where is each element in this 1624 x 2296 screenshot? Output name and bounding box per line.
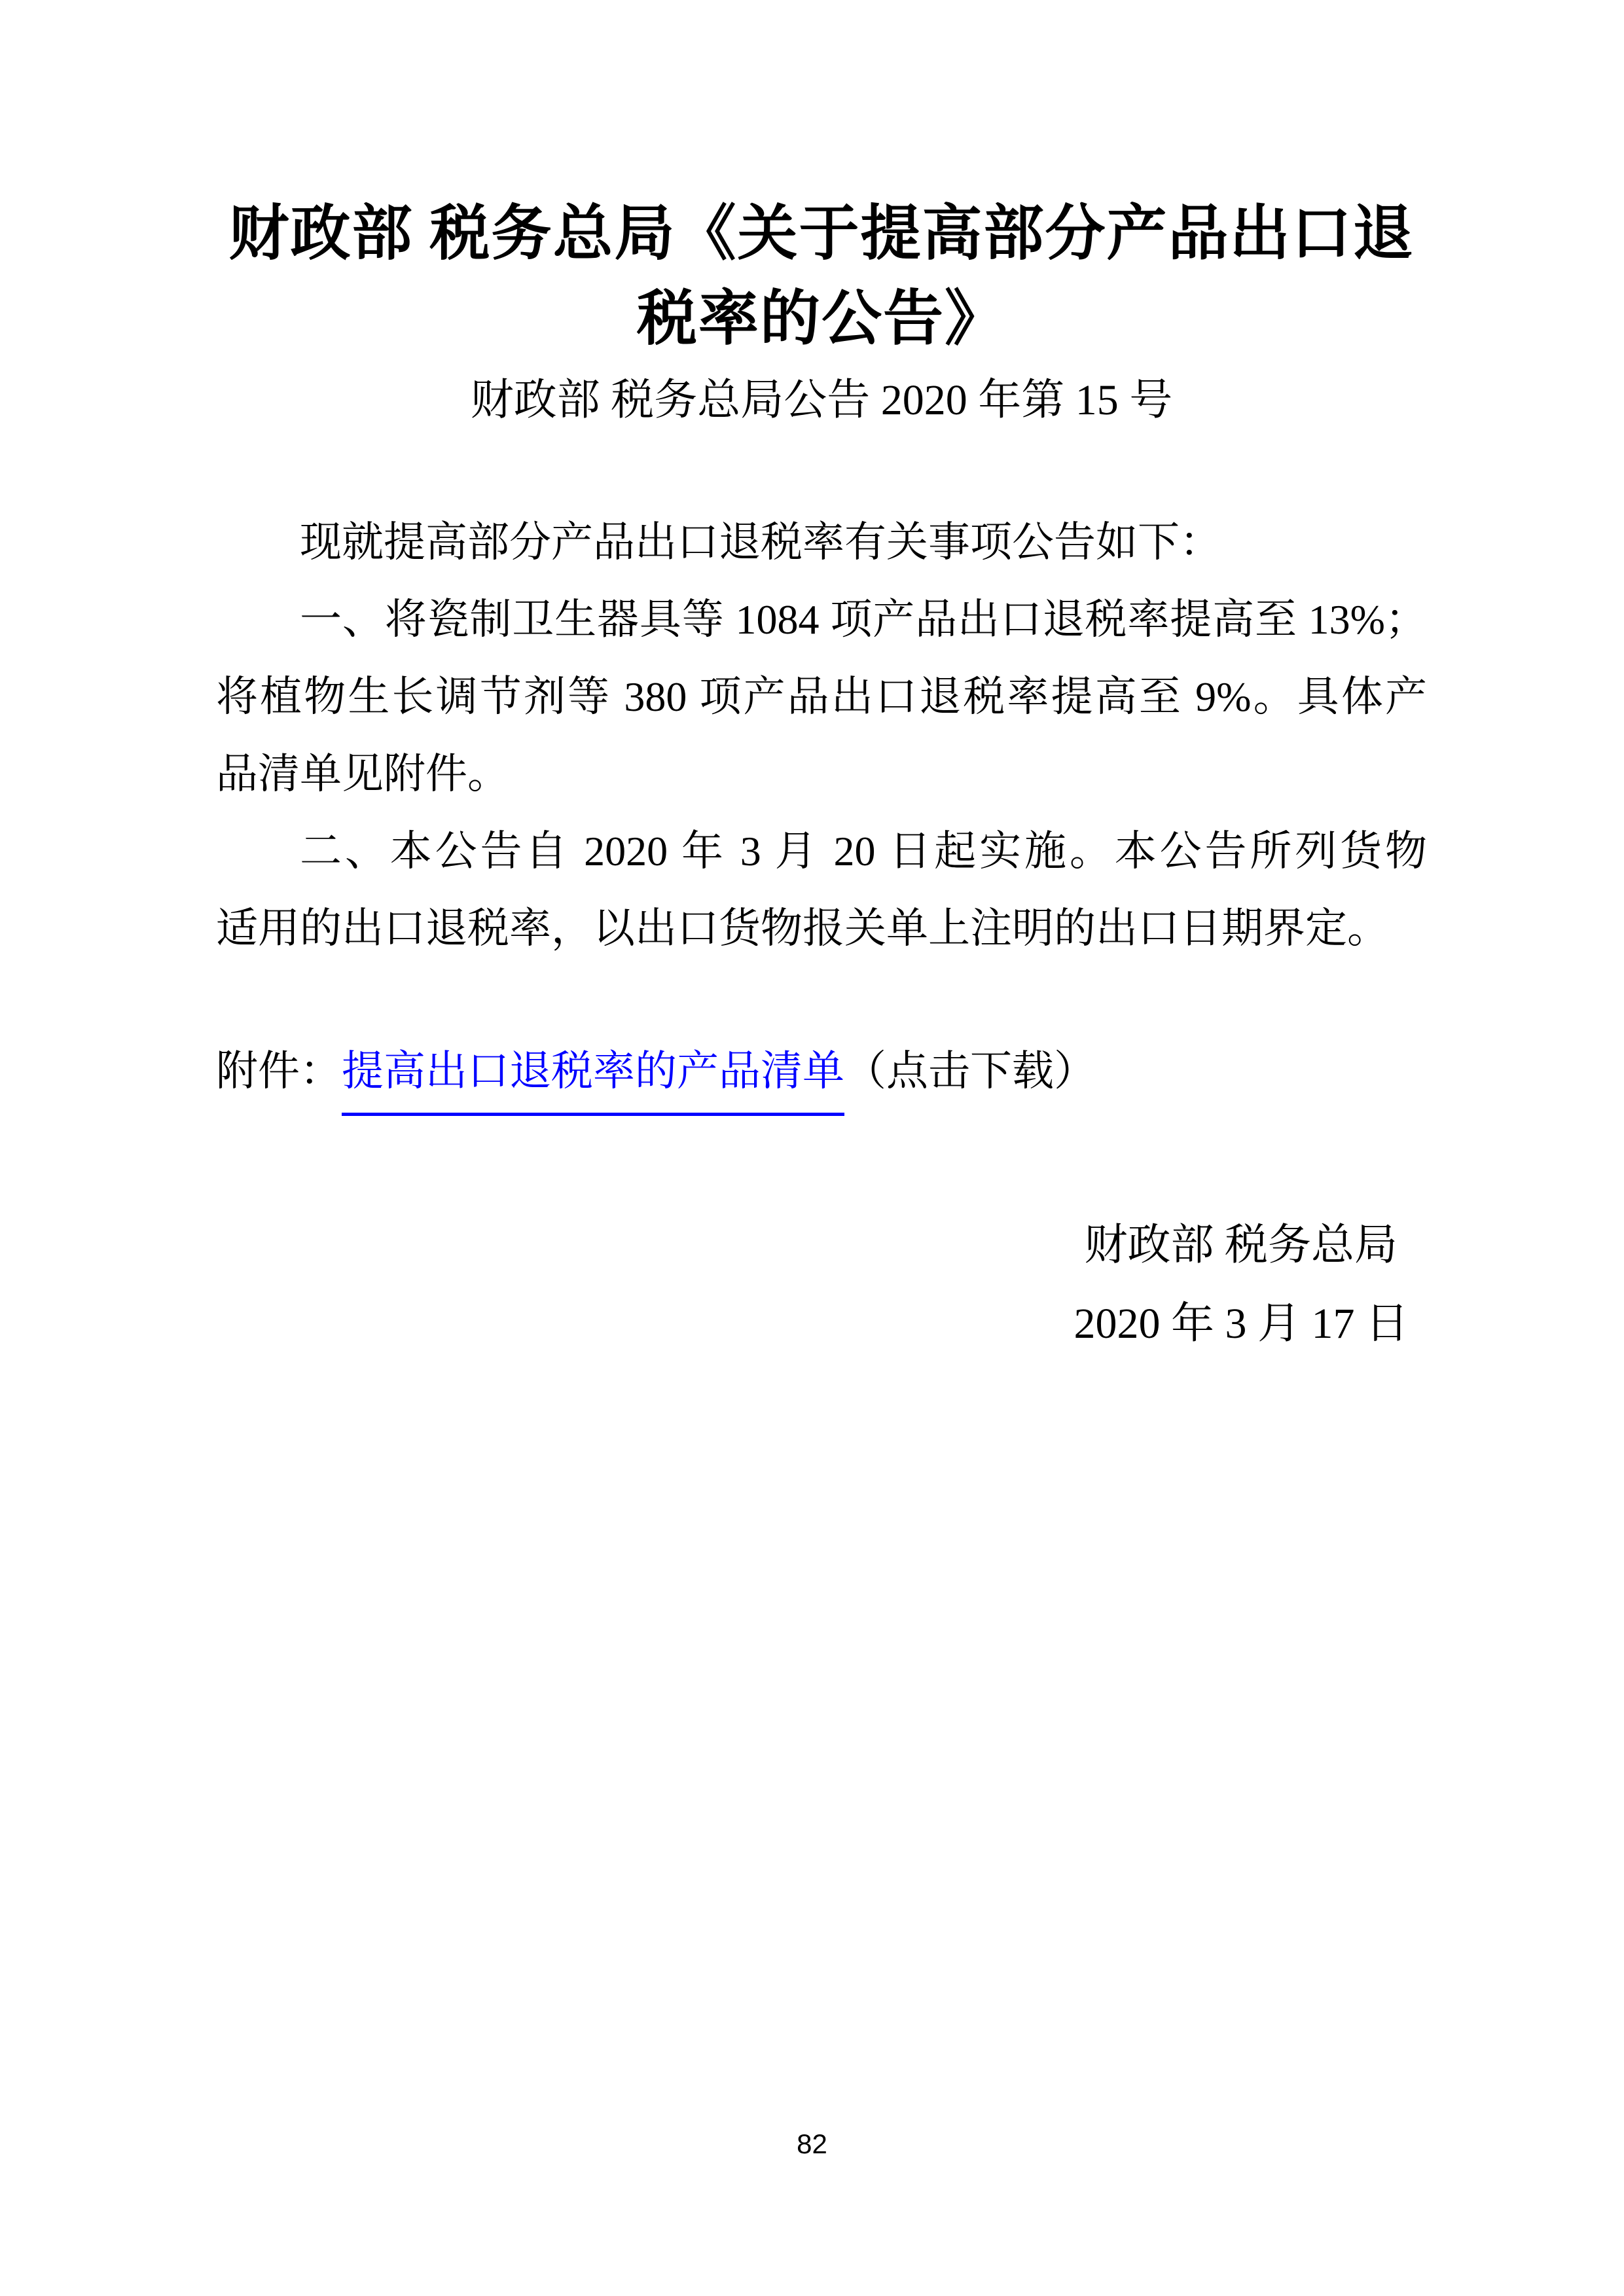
body-line-intro: 现就提高部分产品出口退税率有关事项公告如下： [216, 504, 1427, 581]
signature-block: 财政部 税务总局 2020 年 3 月 17 日 [216, 1206, 1427, 1363]
attachment-download-link[interactable]: 提高出口退税率的产品清单 [342, 1033, 844, 1116]
body-line-item1-c: 品清单见附件。 [216, 736, 1427, 813]
attachment-note: （点击下载） [844, 1048, 1096, 1094]
attachment-label: 附件： [216, 1048, 342, 1094]
document-title: 财政部 税务总局《关于提高部分产品出口退 税率的公告》 [216, 191, 1427, 361]
document-page: 财政部 税务总局《关于提高部分产品出口退 税率的公告》 财政部 税务总局公告 2… [0, 0, 1624, 2296]
signature-organization: 财政部 税务总局 [216, 1206, 1427, 1285]
document-content: 财政部 税务总局《关于提高部分产品出口退 税率的公告》 财政部 税务总局公告 2… [216, 0, 1427, 1363]
body-line-item2-a: 二、本公告自 2020 年 3 月 20 日起实施。本公告所列货物 [216, 813, 1427, 890]
document-subtitle: 财政部 税务总局公告 2020 年第 15 号 [216, 370, 1427, 431]
document-body: 现就提高部分产品出口退税率有关事项公告如下： 一、将瓷制卫生器具等 1084 项… [216, 504, 1427, 967]
body-line-item1-a: 一、将瓷制卫生器具等 1084 项产品出口退税率提高至 13%； [216, 581, 1427, 658]
body-line-item1-b: 将植物生长调节剂等 380 项产品出口退税率提高至 9%。具体产 [216, 658, 1427, 736]
signature-date: 2020 年 3 月 17 日 [216, 1285, 1427, 1363]
document-title-line-1: 财政部 税务总局《关于提高部分产品出口退 [216, 191, 1427, 276]
body-line-item2-b: 适用的出口退税率，以出口货物报关单上注明的出口日期界定。 [216, 890, 1427, 967]
page-number: 82 [0, 2128, 1624, 2160]
document-title-line-2: 税率的公告》 [216, 276, 1427, 361]
attachment-line: 附件：提高出口退税率的产品清单（点击下载） [216, 1033, 1427, 1116]
